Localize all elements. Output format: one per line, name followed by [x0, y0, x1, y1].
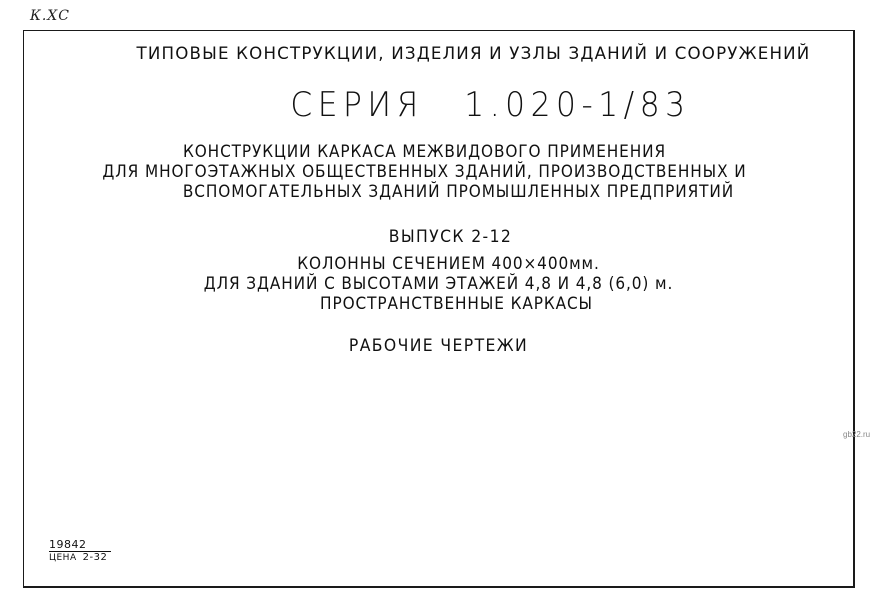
watermark: gb22.ru [843, 430, 870, 439]
series-number: 1.020-1/83 [464, 85, 690, 125]
handwritten-stamp: К.ХС [30, 8, 70, 24]
series-label: СЕРИЯ [290, 85, 423, 125]
price: ЦЕНА2-32 [49, 552, 111, 564]
drawing-type: РАБОЧИЕ ЧЕРТЕЖИ [35, 336, 842, 356]
column-spec-line-1: КОЛОННЫ СЕЧЕНИЕМ 400×400мм. [54, 254, 843, 274]
inventory-price-block: 19842 ЦЕНА2-32 [49, 533, 111, 564]
description-line-2: ДЛЯ МНОГОЭТАЖНЫХ ОБЩЕСТВЕННЫХ ЗДАНИЙ, ПР… [30, 162, 819, 182]
column-spec-line-2: ДЛЯ ЗДАНИЙ С ВЫСОТАМИ ЭТАЖЕЙ 4,8 И 4,8 (… [44, 274, 833, 294]
price-label: ЦЕНА [49, 553, 77, 563]
document-header: ТИПОВЫЕ КОНСТРУКЦИИ, ИЗДЕЛИЯ И УЗЛЫ ЗДАН… [44, 44, 877, 64]
issue-number: ВЫПУСК 2-12 [47, 227, 854, 247]
inventory-number: 19842 [49, 539, 111, 552]
description-line-3: ВСПОМОГАТЕЛЬНЫХ ЗДАНИЙ ПРОМЫШЛЕННЫХ ПРЕД… [64, 182, 853, 202]
series-title: СЕРИЯ1.020-1/83 [87, 85, 877, 125]
description-line-1: КОНСТРУКЦИИ КАРКАСА МЕЖВИДОВОГО ПРИМЕНЕН… [30, 142, 819, 162]
column-spec-line-3: ПРОСТРАНСТВЕННЫЕ КАРКАСЫ [62, 294, 851, 314]
price-value: 2-32 [83, 552, 108, 563]
